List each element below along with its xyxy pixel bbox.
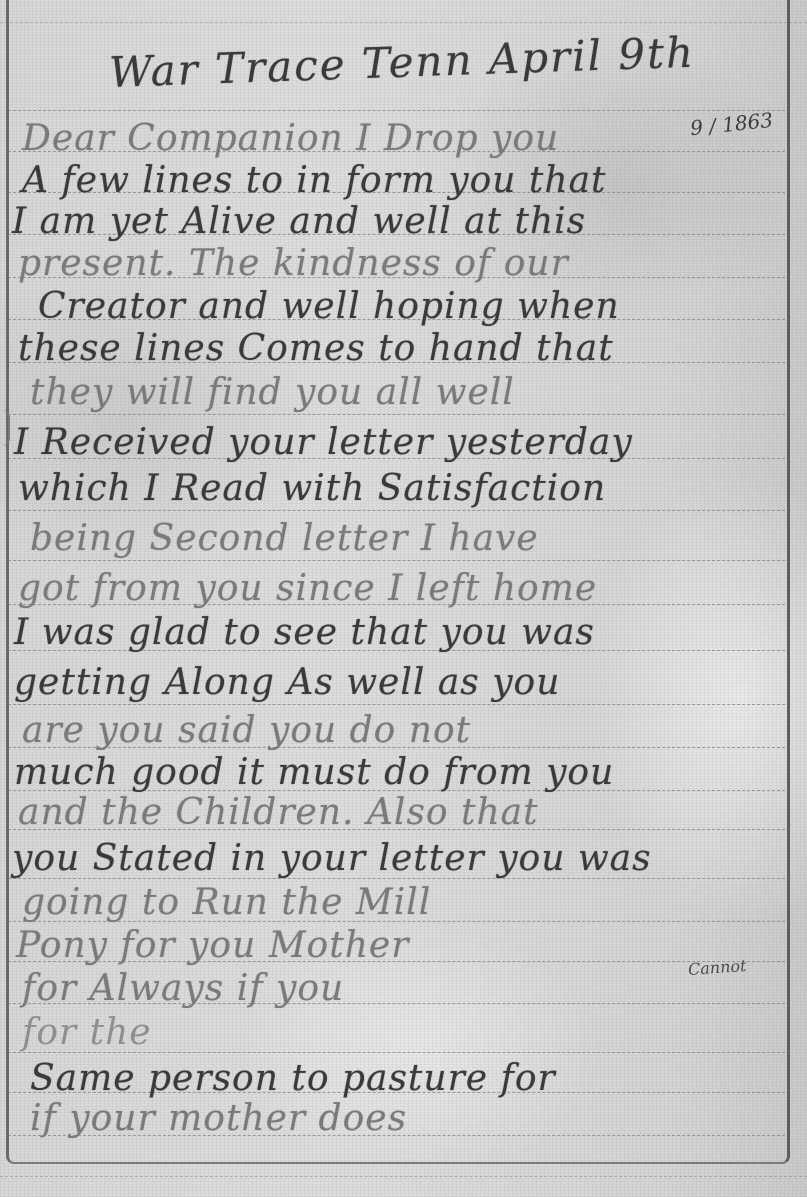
interlinear-insert: Cannot	[687, 956, 747, 979]
letter-line: you Stated in your letter you was	[12, 838, 652, 879]
letter-line: Pony for you Mother	[16, 925, 409, 966]
letter-line: for Always if you	[22, 968, 344, 1009]
ruled-line	[0, 1176, 807, 1177]
letter-line: much good it must do from you	[14, 752, 614, 793]
letter-line: got from you since I left home	[18, 568, 597, 609]
letter-line: I Received your letter yesterday	[14, 422, 633, 463]
letter-line: I was glad to see that you was	[14, 612, 595, 653]
letter-line: being Second letter I have	[30, 518, 539, 559]
letter-page: War Trace Tenn April 9th 9 / 1863 Dear C…	[0, 0, 807, 1197]
letter-line: which I Read with Satisfaction	[18, 468, 606, 509]
letter-line: are you said you do not	[22, 710, 471, 751]
letter-line: A few lines to in form you that	[22, 160, 607, 201]
letter-line: for the	[22, 1012, 152, 1053]
letter-line: Same person to pasture for	[30, 1058, 556, 1099]
letter-line: I am yet Alive and well at this	[12, 201, 586, 242]
letter-line: if your mother does	[30, 1098, 407, 1139]
letter-line: present. The kindness of our	[18, 243, 569, 284]
margin-bracket	[0, 410, 10, 446]
letter-line: Creator and well hoping when	[38, 286, 620, 327]
letter-line: they will find you all well	[30, 372, 515, 413]
letter-line: Dear Companion I Drop you	[22, 118, 559, 159]
letter-line: and the Children. Also that	[18, 792, 539, 833]
letter-line: going to Run the Mill	[22, 882, 431, 923]
letter-line: these lines Comes to hand that	[18, 328, 614, 369]
letter-line: getting Along As well as you	[14, 662, 560, 703]
